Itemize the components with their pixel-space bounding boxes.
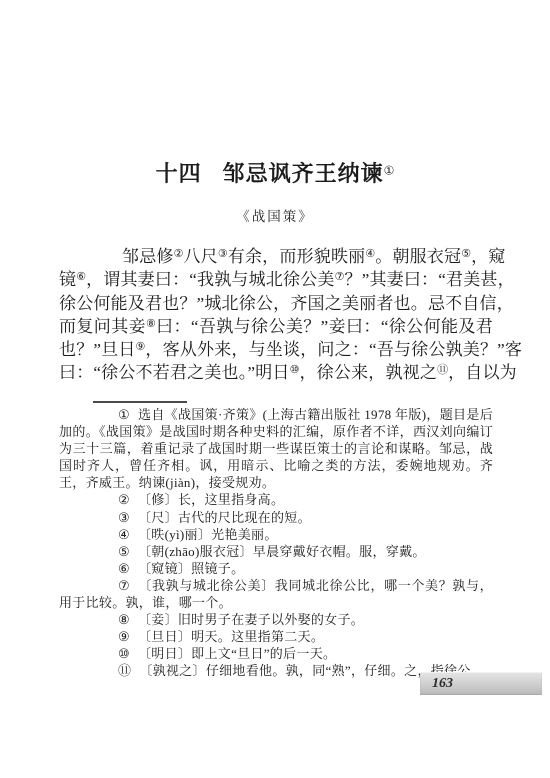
body-line: 徐公何能及君也？”城北徐公，齐国之美丽者也。忌不自信， (59, 292, 493, 315)
footnote-number: ⑨ (118, 629, 130, 644)
lesson-title-text: 邹忌讽齐王纳谏 (223, 161, 384, 186)
textbook-page: 十四邹忌讽齐王纳谏① 《战国策》 邹忌修②八尺③有余，而形貌昳丽④。朝服衣冠⑤，… (0, 0, 550, 778)
footnote-item: ⑨〔旦日〕明天。这里指第二天。 (59, 628, 493, 645)
footnote-number: ⑪ (118, 663, 131, 678)
footnote-item: ②〔修〕长，这里指身高。 (59, 491, 493, 508)
footnote-number: ① (118, 407, 130, 422)
body-line: 镜⑥，谓其妻曰：“我孰与城北徐公美⑦？”其妻曰：“君美甚， (59, 268, 493, 291)
footnote-ref: ⑥ (76, 271, 86, 283)
footnote-item: ⑤〔朝(zhāo)服衣冠〕早晨穿戴好衣帽。服，穿戴。 (59, 543, 493, 560)
footnote-ref: ⑦ (335, 271, 345, 283)
title-footnote-ref: ① (384, 163, 395, 177)
footnote-ref: ⑧ (146, 318, 156, 330)
footnote-ref: ⑩ (290, 365, 300, 377)
footnote-text: 〔昳(yì)丽〕光艳美丽。 (138, 527, 278, 542)
footnote-number: ③ (118, 510, 130, 525)
footnote-number: ⑦ (118, 578, 130, 593)
body-line: 而复问其妾⑧曰：“吾孰与徐公美？”妾曰：“徐公何能及君 (59, 315, 493, 338)
body-line: 曰：“徐公不若君之美也。”明日⑩，徐公来，孰视之⑪，自以为 (59, 361, 493, 384)
footnote-number: ⑥ (118, 561, 130, 576)
footnote-number: ② (118, 492, 130, 507)
footnote-number: ⑤ (118, 544, 130, 559)
footnote-text: 〔妾〕旧时男子在妻子以外娶的女子。 (138, 612, 364, 627)
footnote-text: 〔旦日〕明天。这里指第二天。 (138, 629, 324, 644)
footnote-text: 〔尺〕古代的尺比现在的短。 (138, 510, 311, 525)
footnote-ref: ④ (365, 248, 375, 260)
lesson-number: 十四 (156, 161, 202, 186)
body-line: 邹忌修②八尺③有余，而形貌昳丽④。朝服衣冠⑤，窥 (59, 245, 493, 268)
footnote-separator-rule (93, 401, 187, 403)
footnote-item: ④〔昳(yì)丽〕光艳美丽。 (59, 526, 493, 543)
body-text: 邹忌修②八尺③有余，而形貌昳丽④。朝服衣冠⑤，窥镜⑥，谓其妻曰：“我孰与城北徐公… (59, 245, 493, 385)
footnote-text: 〔窥镜〕照镜子。 (138, 561, 244, 576)
footnote-item: ⑩〔明日〕即上文“旦日”的后一天。 (59, 645, 493, 662)
footnote-ref: ② (174, 248, 184, 260)
footnote-item: ⑧〔妾〕旧时男子在妻子以外娶的女子。 (59, 611, 493, 628)
footnotes-section: ①选自《战国策·齐策》(上海古籍出版社 1978 年版)，题目是后加的。《战国策… (59, 406, 493, 680)
footnote-ref: ⑪ (437, 365, 448, 377)
footnote-ref: ③ (218, 248, 228, 260)
page-number-bar: 163 (420, 672, 542, 695)
footnote-ref: ⑤ (461, 248, 471, 260)
footnote-number: ④ (118, 527, 130, 542)
footnote-item: ⑦〔我孰与城北徐公美〕我同城北徐公比，哪一个美？孰与，用于比较。孰，谁，哪一个。 (59, 577, 493, 611)
body-line: 也？”旦日⑨，客从外来，与坐谈，问之：“吾与徐公孰美？”客 (59, 338, 493, 361)
lesson-title: 十四邹忌讽齐王纳谏① (0, 157, 550, 188)
footnote-number: ⑧ (118, 612, 130, 627)
footnote-ref: ⑨ (136, 341, 146, 353)
footnote-number: ⑩ (118, 646, 130, 661)
footnote-item: ⑥〔窥镜〕照镜子。 (59, 560, 493, 577)
footnote-item: ①选自《战国策·齐策》(上海古籍出版社 1978 年版)，题目是后加的。《战国策… (59, 406, 493, 491)
footnote-text: 〔明日〕即上文“旦日”的后一天。 (138, 646, 336, 661)
page-number: 163 (420, 672, 542, 695)
footnote-item: ③〔尺〕古代的尺比现在的短。 (59, 509, 493, 526)
source-attribution: 《战国策》 (0, 205, 550, 225)
footnote-text: 〔修〕长，这里指身高。 (138, 492, 284, 507)
footnote-text: 〔朝(zhāo)服衣冠〕早晨穿戴好衣帽。服，穿戴。 (138, 544, 426, 559)
